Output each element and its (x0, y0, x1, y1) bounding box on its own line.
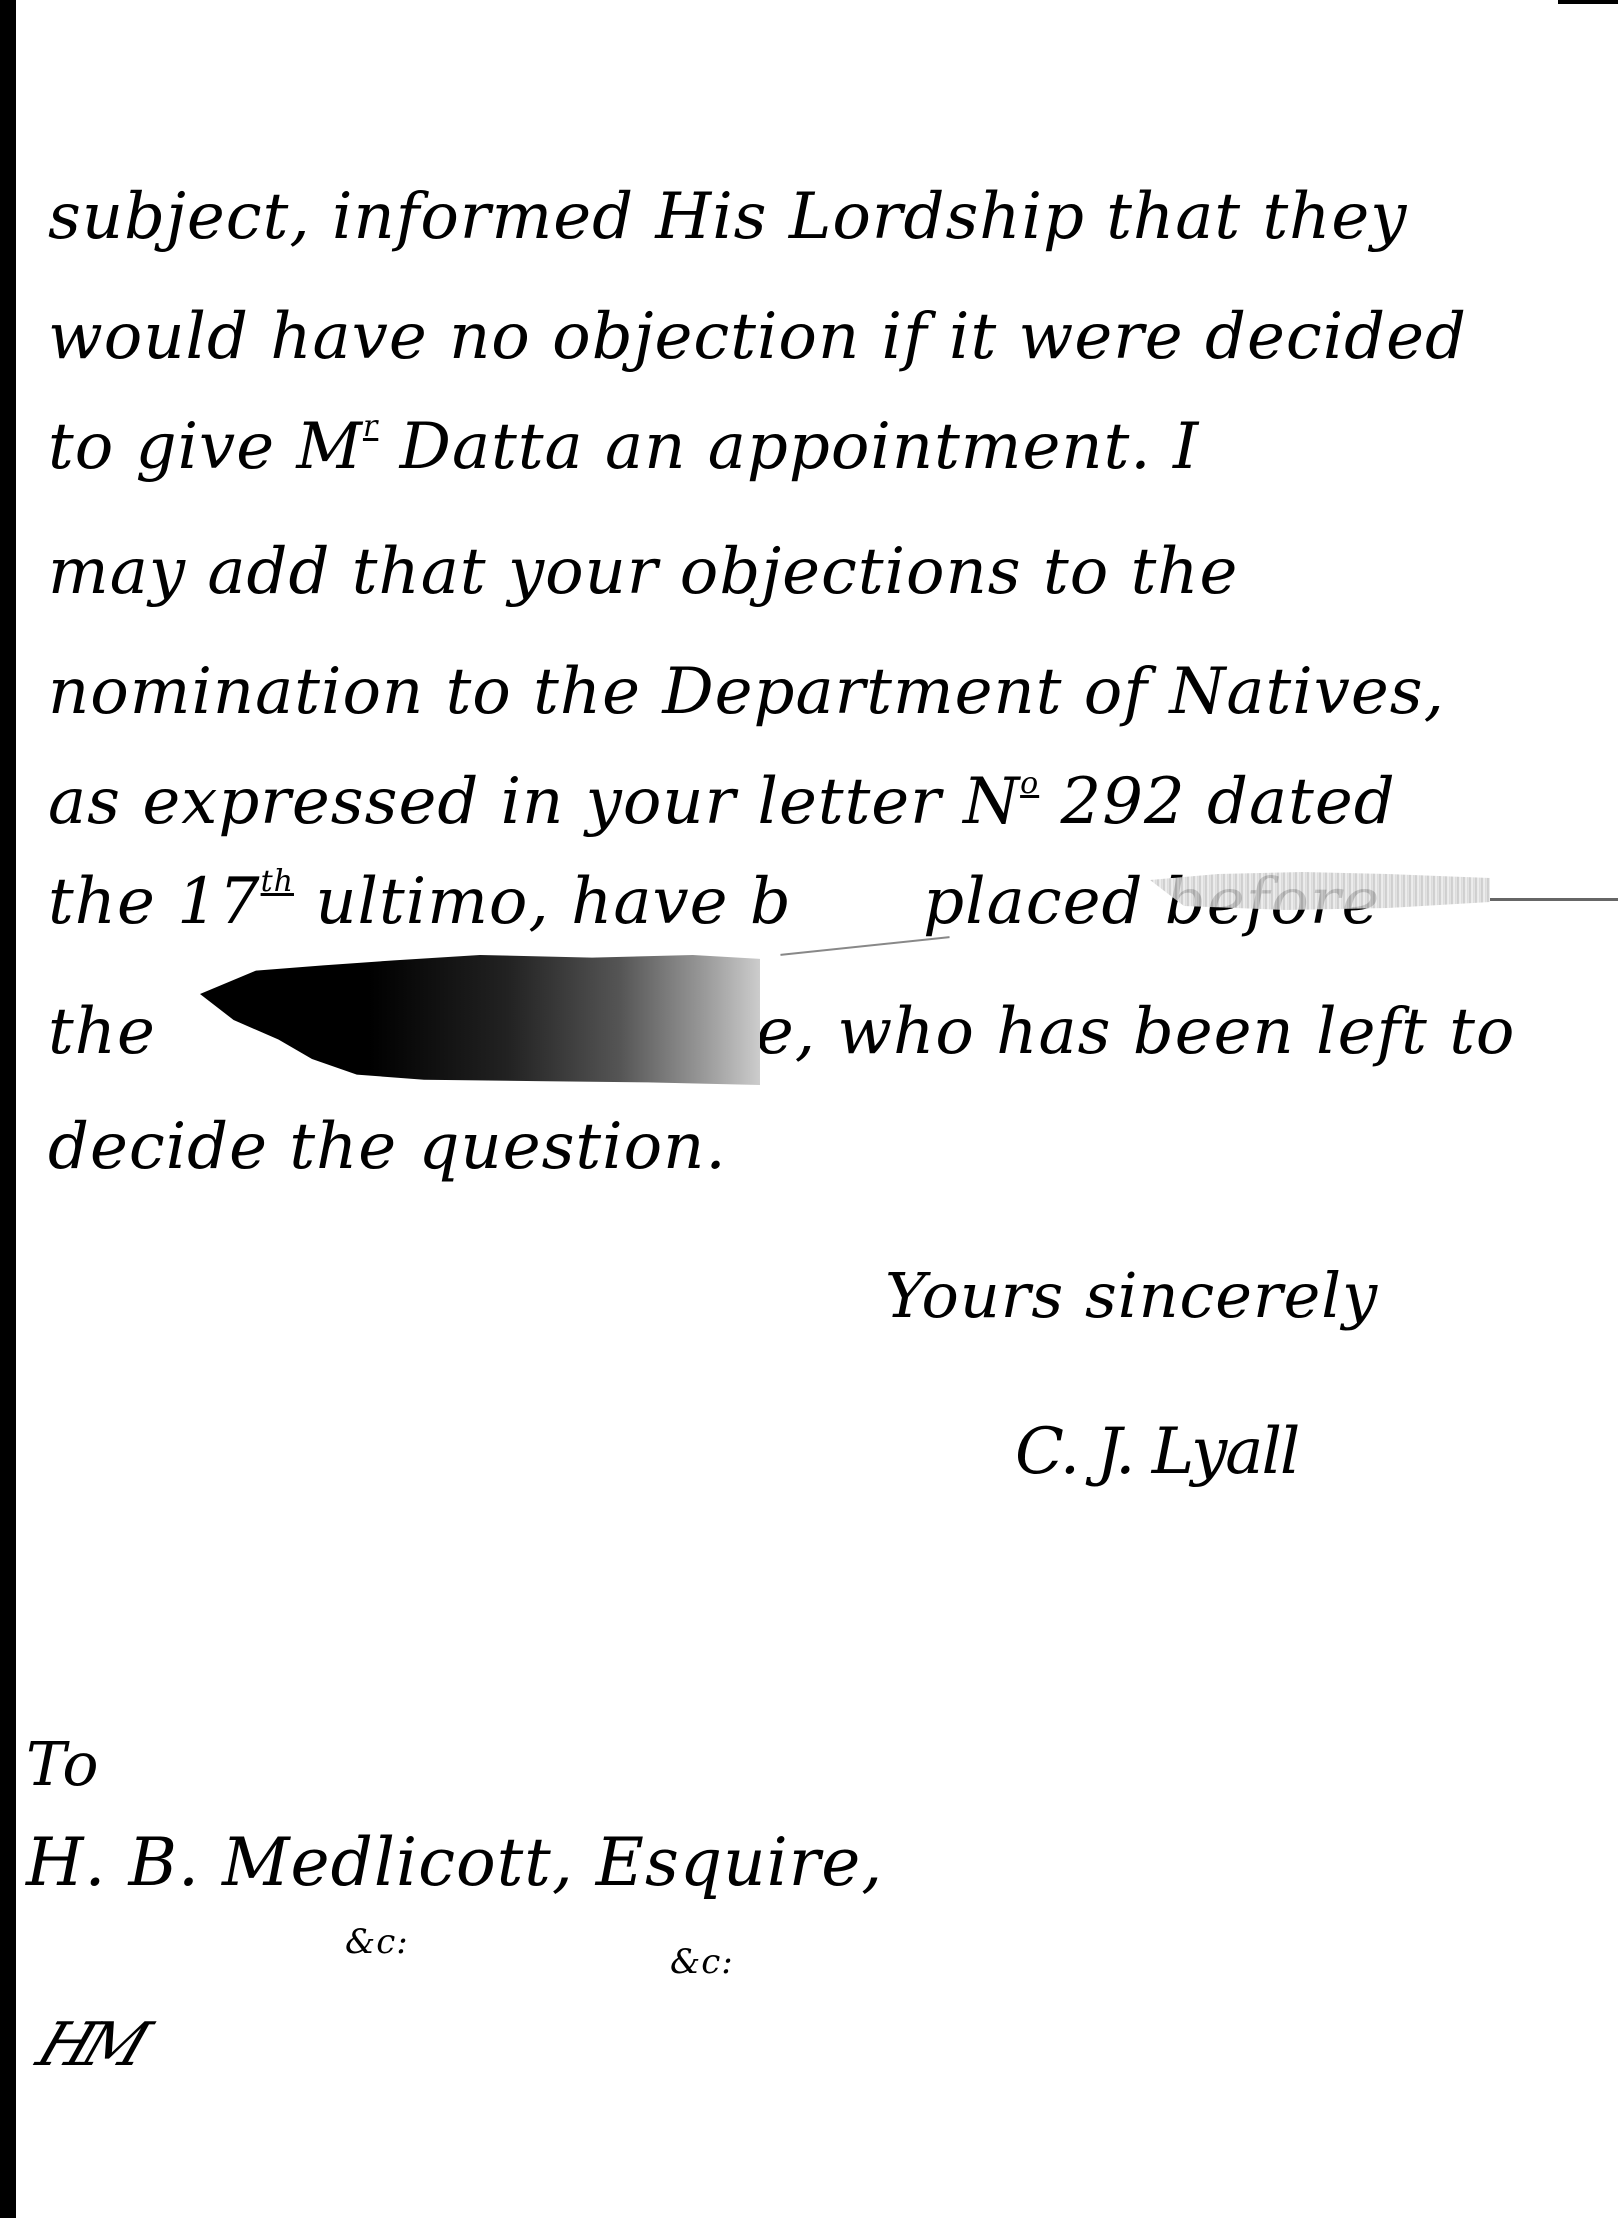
addressee-name: H. B. Medlicott, Esquire, (26, 1830, 883, 1896)
mister-superscript: r (363, 409, 378, 444)
ordinal-superscript: th (261, 864, 294, 899)
body-line-4: may add that your objections to the (48, 540, 1238, 604)
etc-mark-1: &c: (345, 1925, 409, 1959)
body-line-2: would have no objection if it were decid… (48, 305, 1467, 369)
scan-border-top-right (1558, 0, 1618, 4)
closing-salutation: Yours sincerely (885, 1265, 1378, 1327)
paper-tear-line (780, 936, 949, 956)
signature: C. J. Lyall (1015, 1420, 1298, 1484)
body-line-6-suffix: 292 dated (1039, 765, 1396, 839)
body-line-6: as expressed in your letter No 292 dated (48, 770, 1396, 834)
body-line-8-suffix: e, who has been left to (756, 995, 1516, 1069)
body-line-3-prefix: to give M (48, 410, 363, 484)
paper-damage-dark (200, 955, 760, 1085)
body-line-3: to give Mr Datta an appointment. I (48, 415, 1199, 479)
etc-mark-2: &c: (670, 1945, 734, 1979)
body-line-5: nomination to the Department of Natives, (48, 660, 1445, 724)
body-line-6-prefix: as expressed in your letter N (48, 765, 1020, 839)
numero-superscript: o (1020, 766, 1039, 801)
scan-border-left (0, 0, 16, 2218)
paper-tear-line (1490, 898, 1618, 901)
body-line-9: decide the question. (48, 1115, 727, 1179)
initials-annotation: HM (30, 2015, 150, 2075)
body-line-1: subject, informed His Lordship that they (48, 185, 1407, 249)
body-line-7-suffix: ultimo, have b (294, 865, 792, 939)
paper-damage-light (1150, 870, 1490, 910)
body-line-8-prefix: the (48, 995, 156, 1069)
to-label: To (26, 1735, 99, 1795)
body-line-3-suffix: Datta an appointment. I (378, 410, 1199, 484)
body-line-7-prefix: the 17 (48, 865, 261, 939)
